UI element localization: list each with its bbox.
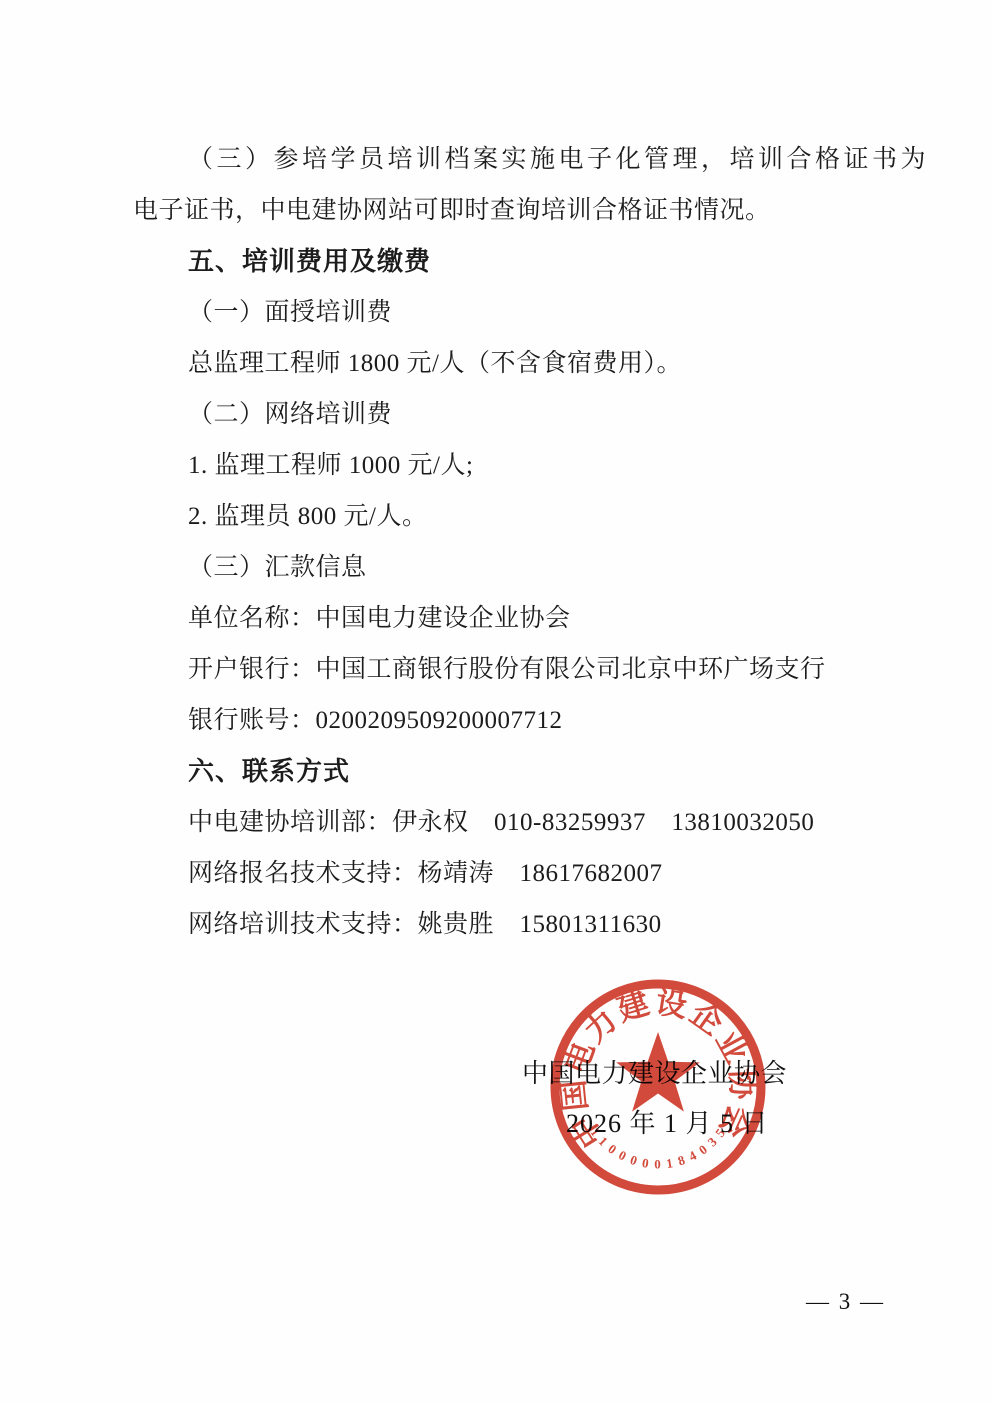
section-heading-6: 六、联系方式: [133, 746, 881, 797]
svg-text:0: 0: [628, 1152, 640, 1169]
remittance-bank: 开户银行：中国工商银行股份有限公司北京中环广场支行: [133, 644, 881, 695]
svg-text:0: 0: [616, 1147, 629, 1164]
section-heading-5: 五、培训费用及缴费: [133, 236, 881, 287]
document-body: （三）参培学员培训档案实施电子化管理，培训合格证书为 电子证书，中电建协网站可即…: [133, 134, 881, 950]
signature-date: 2026 年 1 月 5 日: [566, 1108, 769, 1140]
svg-text:1: 1: [665, 1155, 675, 1171]
signature-org-name: 中国电力建设企业协会: [522, 1058, 787, 1090]
paragraph-line: 电子证书，中电建协网站可即时查询培训合格证书情况。: [133, 185, 881, 236]
svg-text:0: 0: [654, 1157, 662, 1172]
svg-text:0: 0: [641, 1155, 651, 1171]
svg-text:建: 建: [613, 985, 653, 1028]
page-number: — 3 —: [806, 1289, 885, 1315]
svg-text:0: 0: [696, 1141, 711, 1158]
svg-text:力: 力: [577, 1003, 624, 1050]
paragraph-line: 总监理工程师 1800 元/人（不含食宿费用）。: [133, 338, 881, 389]
svg-text:0: 0: [605, 1141, 620, 1158]
svg-text:企: 企: [684, 995, 730, 1041]
paragraph-line: （三）汇款信息: [133, 542, 881, 593]
remittance-account-number: 银行账号：0200209509200007712: [133, 695, 881, 746]
paragraph-line: （二）网络培训费: [133, 389, 881, 440]
contact-line: 网络培训技术支持：姚贵胜 15801311630: [133, 899, 881, 950]
contact-line: 中电建协培训部：伊永权 010-83259937 13810032050: [133, 797, 881, 848]
svg-text:设: 设: [653, 984, 689, 1023]
svg-text:8: 8: [676, 1152, 688, 1169]
contact-line: 网络报名技术支持：杨靖涛 18617682007: [133, 848, 881, 899]
paragraph-line: （三）参培学员培训档案实施电子化管理，培训合格证书为: [133, 134, 881, 185]
paragraph-line: 1. 监理工程师 1000 元/人;: [133, 440, 881, 491]
paragraph-line: （一）面授培训费: [133, 287, 881, 338]
svg-text:4: 4: [686, 1147, 699, 1164]
document-page: （三）参培学员培训档案实施电子化管理，培训合格证书为 电子证书，中电建协网站可即…: [0, 0, 992, 1403]
paragraph-line: 2. 监理员 800 元/人。: [133, 491, 881, 542]
remittance-unit-name: 单位名称：中国电力建设企业协会: [133, 593, 881, 644]
